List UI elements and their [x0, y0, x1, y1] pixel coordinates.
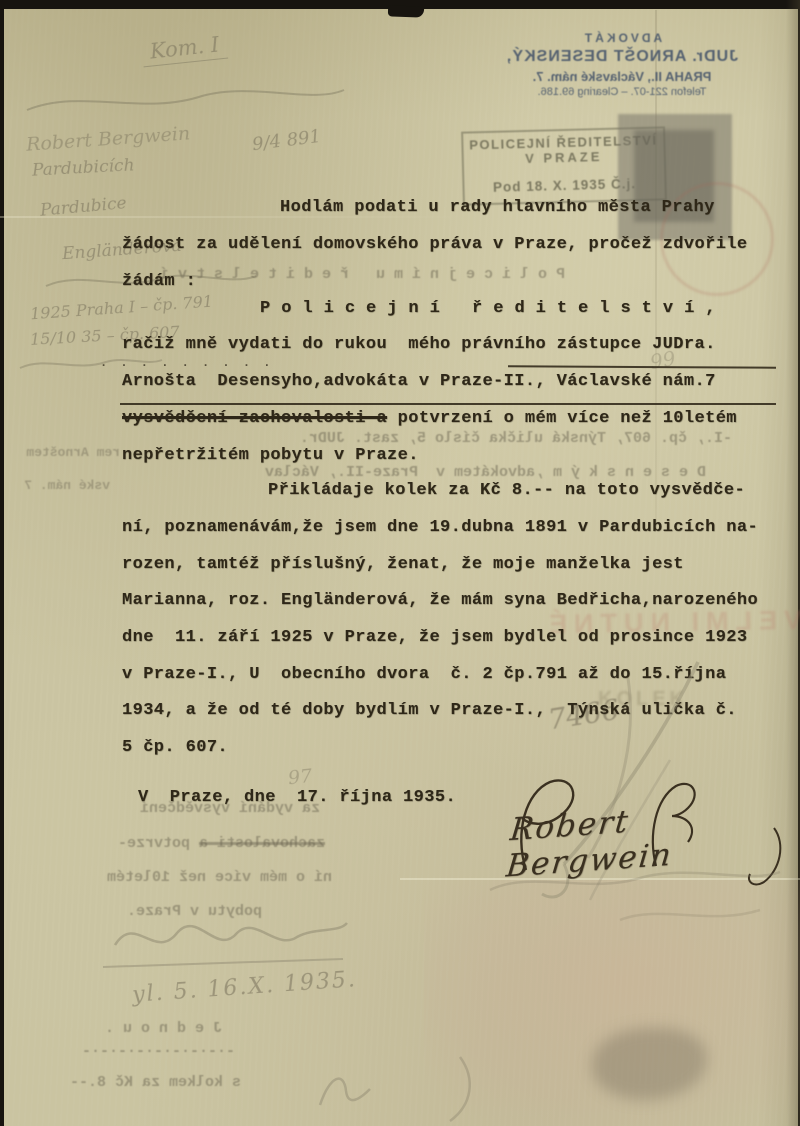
bleed-dashed-line: -·-·-·-·-·-·-·-·- [30, 1043, 235, 1060]
body-line-9: Přikládaje kolek za Kč 8.-- na toto vysv… [268, 481, 745, 500]
pencil-note-97: 97 [287, 765, 313, 789]
body-line-7-rest: potvrzení o mém více než 10letém [387, 409, 737, 428]
body-line-6: Arnošta Desensyho,advokáta v Praze-II., … [122, 372, 716, 391]
bleed-left-fragment-1: rem Arnoštem [0, 445, 120, 460]
bleed-mid-line-1: -I., čp. 607, Týnská ulička číslo 5, zas… [132, 430, 732, 447]
letterhead-reversed: ADVOKÁT JUDr. ARNOŠT DESENSKÝ, PRAHA II.… [448, 30, 796, 100]
date-line: V Praze, dne 17. října 1935. [138, 788, 456, 807]
body-line-8: nepřetržitém pobytu v Praze. [122, 446, 419, 465]
body-line-5: račiž mně vydati do rukou mého právního … [122, 335, 716, 354]
bleed-rest-part: potvrze- [118, 835, 199, 852]
bleed-bottom-7: s kolkem za Kč 8.-- [16, 1074, 241, 1091]
bleed-mid-line-2: D e s e n s k ý m ,advokátem v Praze-II.… [146, 464, 706, 481]
pencil-scrawl-line [22, 80, 352, 120]
body-heading-addressee: P o l i c e j n í ř e d i t e l s t v í … [260, 299, 716, 318]
body-line-10: ní, poznamenávám,že jsem dne 19.dubna 18… [122, 518, 758, 537]
letterhead-attorney-name: JUDr. ARNOŠT DESENSKÝ, [448, 46, 796, 68]
body-line-12: Marianna, roz. Engländerová, že mám syna… [122, 591, 758, 610]
pencil-signature-scrawl [95, 905, 355, 975]
body-line-16: 5 čp. 607. [122, 738, 228, 757]
body-line-7: vysvědčení zachovalosti a potvrzení o mé… [122, 409, 737, 428]
letterhead-address: PRAHA II., Václavské nám. 7. [448, 68, 796, 86]
scanned-document: ADVOKÁT JUDr. ARNOŠT DESENSKÝ, PRAHA II.… [0, 0, 800, 1126]
letterhead-role: ADVOKÁT [448, 30, 796, 46]
paper-tear [388, 5, 424, 17]
bleed-bottom-5: J e d n o u . [62, 1020, 222, 1037]
typed-dotted-line: . . . . . . . . . [100, 356, 273, 370]
letterhead-phone: Telefon 221-07. – Clearing 69.186. [448, 85, 796, 100]
body-line-1: Hodlám podati u rady hlavního města Prah… [280, 198, 715, 217]
pencil-bottom-marks [300, 1055, 490, 1125]
bleed-bottom-2: zachovalosti a potvrze- [40, 835, 325, 852]
bleed-strike-part: zachovalosti a [199, 835, 325, 852]
bleed-left-fragment-2: vské nám. 7 [0, 478, 110, 493]
verso-handwriting-shadow [470, 860, 790, 1020]
bleed-addressee: P o l i c e j n í m u ř e d i t e l s t … [235, 266, 565, 283]
body-line-3: žádám : [122, 272, 196, 291]
struck-text: vysvědčení zachovalosti a [122, 409, 387, 428]
bleed-bottom-3: ní o mém více než 10letém [42, 869, 332, 886]
body-line-13: dne 11. září 1925 v Praze, že jsem bydle… [122, 628, 748, 647]
body-line-11: rozen, tamtéž příslušný, ženat, že moje … [122, 555, 684, 574]
body-line-2: žádost za udělení domovského práva v Pra… [122, 235, 748, 254]
underline-attorney-line [120, 403, 776, 405]
